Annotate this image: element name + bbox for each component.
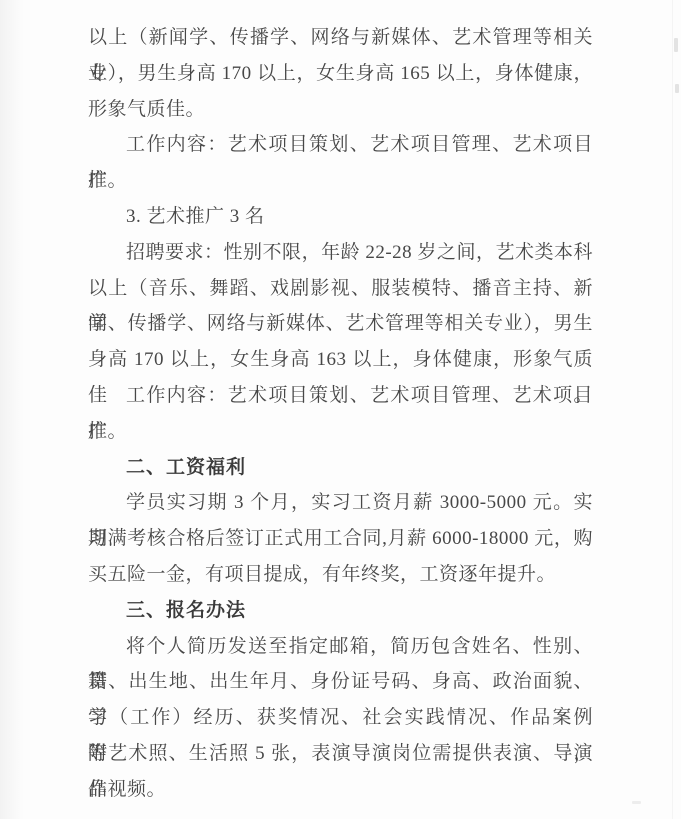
text-line: 身高 170 以上，女生身高 163 以上，身体健康，形象气质佳。 [88,342,593,378]
text-line: 买五险一金，有项目提成，有年终奖，工资逐年提升。 [88,557,593,593]
document-text: 以上（新闻学、传播学、网络与新媒体、艺术管理等相关专业），男生身高 170 以上… [88,20,593,808]
section-heading: 三、报名办法 [88,593,593,629]
section-heading: 二、工资福利 [88,450,593,486]
text-line: 将个人简历发送至指定邮箱，简历包含姓名、性别、籍 [88,629,593,665]
text-line: 广。 [88,163,593,199]
scan-edge-shade-left [0,0,24,819]
text-line: 以上（新闻学、传播学、网络与新媒体、艺术管理等相关专 [88,20,593,56]
scan-artifact-mark [632,801,641,804]
scan-artifact-mark [674,38,678,52]
text-line: 工作内容：艺术项目策划、艺术项目管理、艺术项目推 [88,378,593,414]
text-line: 学、传播学、网络与新媒体、艺术管理等相关专业），男生 [88,306,593,342]
text-line: 形象气质佳。 [88,92,593,128]
text-line: 贯、出生地、出生年月、身份证号码、身高、政治面貌、学 [88,664,593,700]
scan-artifact-mark [675,84,679,93]
scanned-page: 以上（新闻学、传播学、网络与新媒体、艺术管理等相关专业），男生身高 170 以上… [0,0,681,819]
text-line: 业），男生身高 170 以上，女生身高 165 以上，身体健康， [88,56,593,92]
text-line: 3. 艺术推广 3 名 [88,199,593,235]
scan-edge-streak-right [672,0,673,819]
text-line: 广。 [88,414,593,450]
text-line: 工作内容：艺术项目策划、艺术项目管理、艺术项目推 [88,127,593,163]
text-line: 以上（音乐、舞蹈、戏剧影视、服装模特、播音主持、新闻 [88,271,593,307]
text-line: 期满考核合格后签订正式用工合同,月薪 6000-18000 元，购 [88,521,593,557]
text-line: 学员实习期 3 个月，实习工资月薪 3000-5000 元。实习 [88,485,593,521]
text-line: 附艺术照、生活照 5 张，表演导演岗位需提供表演、导演作 [88,736,593,772]
text-line: 习（工作）经历、获奖情况、社会实践情况、作品案例等， [88,700,593,736]
text-line: 品视频。 [88,772,593,808]
text-line: 招聘要求：性别不限，年龄 22-28 岁之间，艺术类本科 [88,235,593,271]
